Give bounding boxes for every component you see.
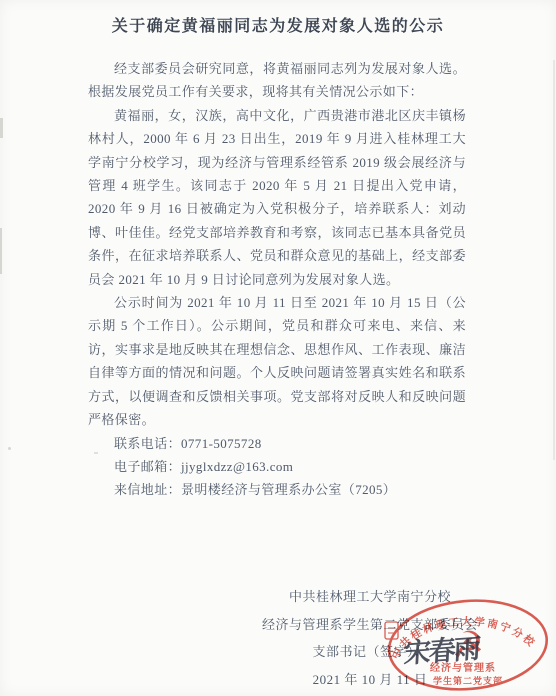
scan-artifact: [0, 118, 3, 138]
document-body: 经支部委员会研究同意，将黄福丽同志列为发展对象人选。根据发展党员工作有关要求，现…: [88, 57, 466, 502]
document-title: 关于确定黄福丽同志为发展对象人选的公示: [0, 13, 556, 36]
paragraph-intro: 经支部委员会研究同意，将黄福丽同志列为发展对象人选。根据发展党员工作有关要求，现…: [88, 57, 466, 104]
announcement-page: 关于确定黄福丽同志为发展对象人选的公示 经支部委员会研究同意，将黄福丽同志列为发…: [0, 0, 556, 696]
paragraph-notice-period: 公示时间为 2021 年 10 月 11 日至 2021 年 10 月 15 日…: [88, 291, 466, 431]
scan-artifact: [94, 452, 98, 454]
seal-inner-text-2: 学生第二党支部: [433, 675, 503, 687]
contact-address-line: 来信地址：景明楼经济与管理系办公室（7205）: [88, 478, 466, 501]
scan-artifact: [0, 228, 2, 274]
handwritten-signature: 宋春雨: [403, 626, 480, 670]
scan-artifact: [8, 447, 11, 450]
scan-artifact: [553, 60, 555, 460]
contact-email-line: 电子邮箱：jjyglxdzz@163.com: [88, 455, 466, 478]
contact-phone-line: 联系电话：0771-5075728: [88, 432, 466, 455]
paragraph-profile: 黄福丽，女，汉族，高中文化，广西贵港市港北区庆丰镇杨林村人，2000 年 6 月…: [88, 104, 466, 291]
